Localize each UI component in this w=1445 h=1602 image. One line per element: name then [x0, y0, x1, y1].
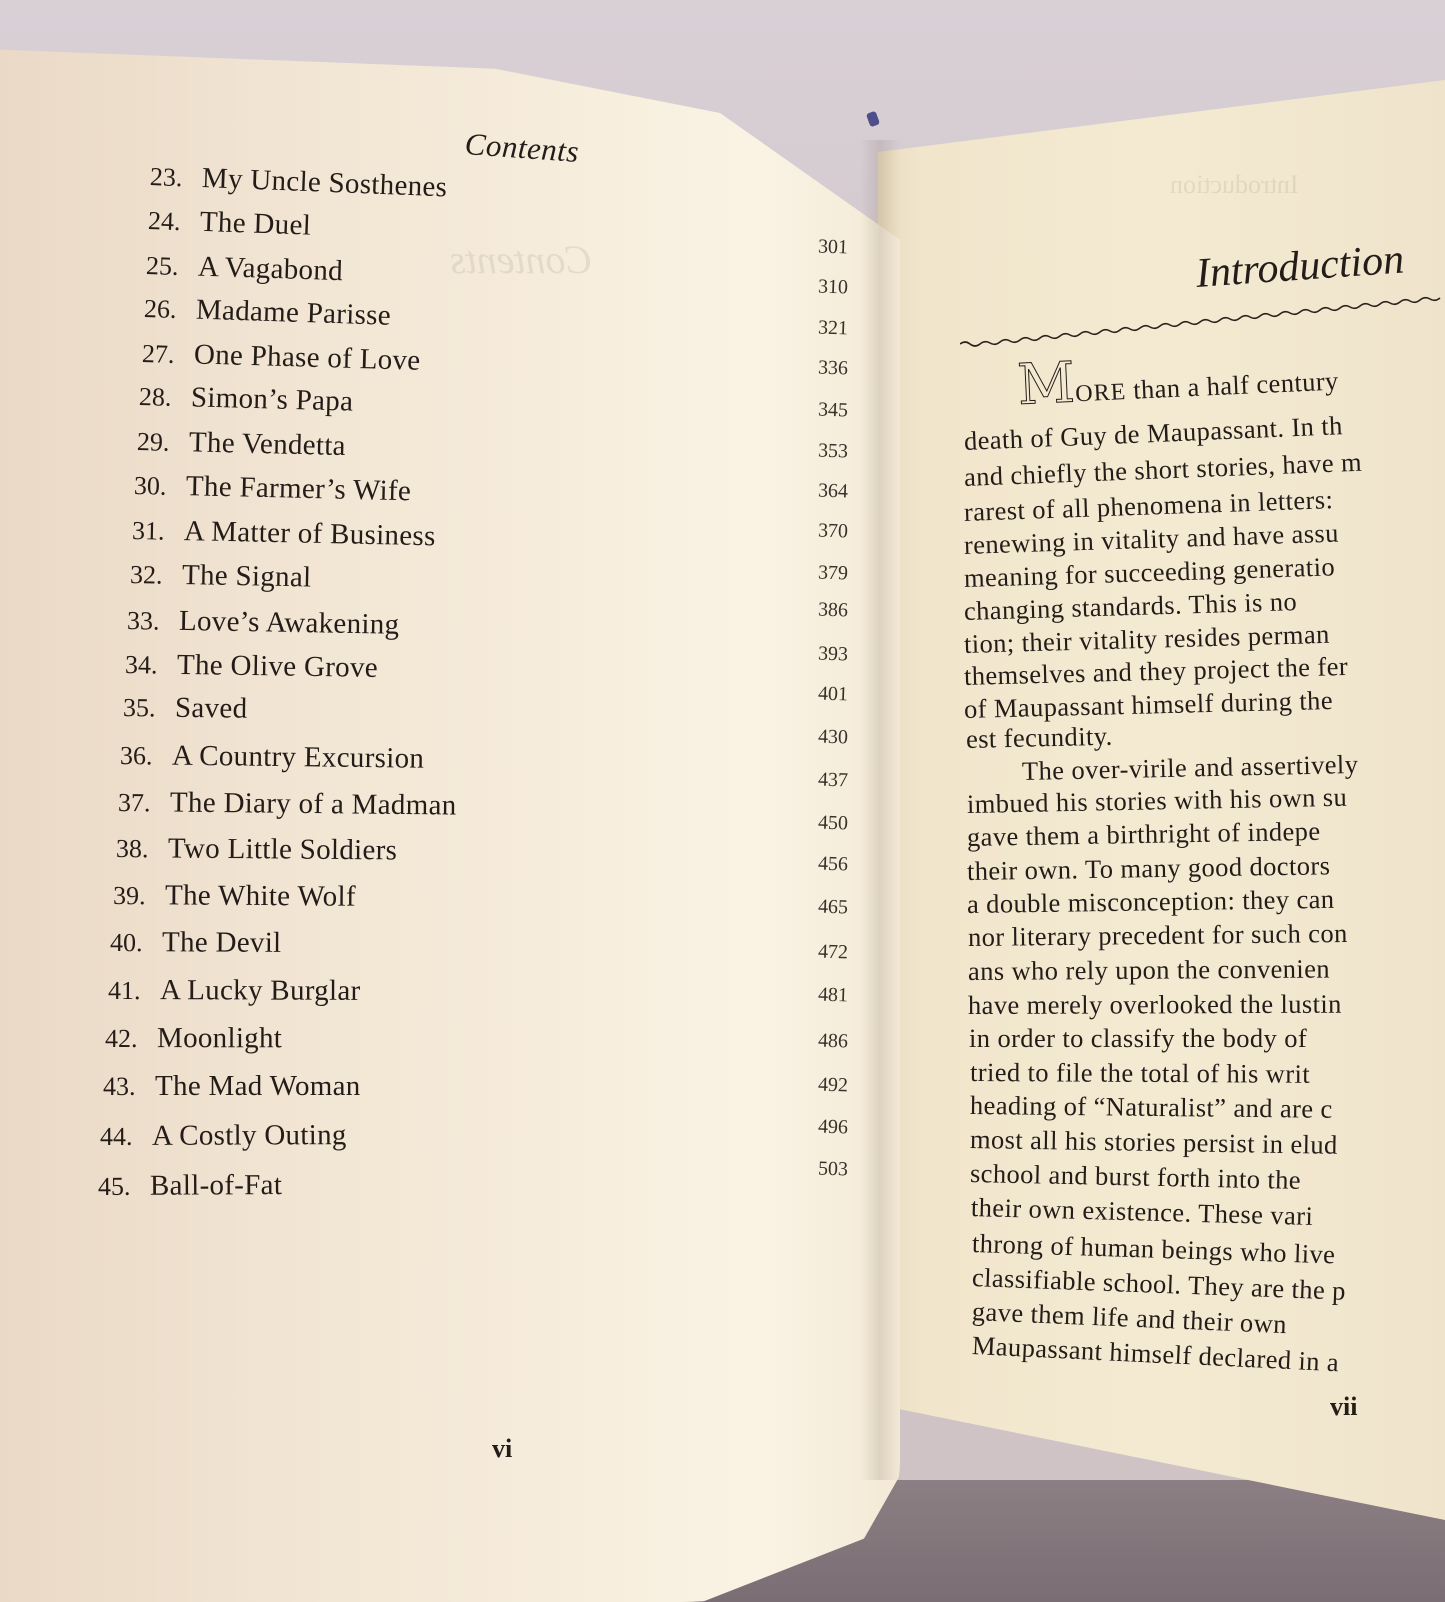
page-number: 430	[818, 725, 849, 749]
page-number: 437	[818, 768, 849, 792]
body-line: nor literary precedent for such con	[968, 918, 1348, 953]
page-number: 370	[818, 519, 849, 543]
body-line: heading of “Naturalist” and are c	[970, 1090, 1333, 1125]
folio-right: vii	[1330, 1392, 1357, 1422]
toc-entry[interactable]: 30.The Farmer’s Wife	[134, 469, 412, 508]
body-line: have merely overlooked the lustin	[968, 989, 1342, 1021]
page-number: 364	[818, 479, 849, 503]
page-number: 386	[818, 598, 849, 622]
spine-gutter	[860, 140, 900, 1480]
page-number: 393	[818, 642, 849, 666]
body-line: ans who rely upon the convenien	[968, 953, 1330, 987]
toc-entry[interactable]: 34.The Olive Grove	[125, 648, 378, 685]
page-number: 321	[818, 316, 849, 340]
toc-entry[interactable]: 41.A Lucky Burglar	[108, 974, 361, 1008]
page-number: 345	[818, 398, 849, 422]
toc-entry[interactable]: 42.Moonlight	[105, 1022, 282, 1055]
body-line: most all his stories persist in elud	[970, 1124, 1338, 1161]
toc-entry[interactable]: 36.A Country Excursion	[120, 739, 425, 776]
page-number: 401	[818, 682, 849, 706]
toc-entry[interactable]: 32.The Signal	[130, 558, 312, 594]
toc-entry[interactable]: 37.The Diary of a Madman	[118, 786, 457, 823]
body-line: their own. To many good doctors	[967, 850, 1331, 887]
toc-entry[interactable]: 43.The Mad Woman	[103, 1070, 361, 1103]
toc-entry[interactable]: 35.Saved	[123, 691, 248, 726]
toc-entry[interactable]: 25.A Vagabond	[145, 249, 343, 288]
page-number: 496	[818, 1115, 849, 1139]
toc-entry[interactable]: 38.Two Little Soldiers	[116, 832, 397, 867]
page-number: 301	[818, 235, 849, 259]
page-number: 503	[818, 1157, 849, 1181]
toc-entry[interactable]: 44.A Costly Outing	[100, 1119, 347, 1153]
page-number: 456	[818, 852, 849, 876]
body-line: gave them a birthright of indepe	[967, 816, 1321, 853]
page-number: 353	[818, 439, 849, 463]
body-line: in order to classify the body of	[969, 1023, 1307, 1054]
page-number: 450	[818, 811, 849, 835]
toc-entry[interactable]: 28.Simon’s Papa	[139, 380, 354, 419]
toc-entry[interactable]: 33.Love’s Awakening	[127, 604, 400, 642]
page-number: 486	[818, 1029, 849, 1053]
toc-entry[interactable]: 45.Ball-of-Fat	[98, 1169, 282, 1203]
page-number: 465	[818, 895, 849, 919]
folio-left: vi	[492, 1434, 512, 1464]
toc-entry[interactable]: 24.The Duel	[147, 204, 311, 243]
page-number: 472	[818, 940, 849, 964]
toc-entry[interactable]: 31.A Matter of Business	[132, 514, 436, 553]
drop-cap: M	[1016, 350, 1076, 418]
page-number: 310	[818, 275, 849, 299]
body-line: est fecundity.	[966, 721, 1113, 755]
show-through-text: Introduction	[1170, 170, 1299, 200]
page-number: 379	[818, 561, 849, 585]
toc-entry[interactable]: 40.The Devil	[110, 926, 282, 960]
show-through-text: Contents	[450, 236, 592, 283]
page-number: 481	[818, 983, 849, 1007]
page-number: 492	[818, 1073, 849, 1097]
body-line: a double misconception: they can	[967, 884, 1335, 920]
body-line: tried to file the total of his writ	[970, 1057, 1310, 1090]
page-number: 336	[818, 356, 849, 380]
toc-entry[interactable]: 29.The Vendetta	[137, 425, 347, 463]
toc-entry[interactable]: 39.The White Wolf	[113, 879, 356, 914]
wavy-rule-divider	[960, 284, 1445, 354]
